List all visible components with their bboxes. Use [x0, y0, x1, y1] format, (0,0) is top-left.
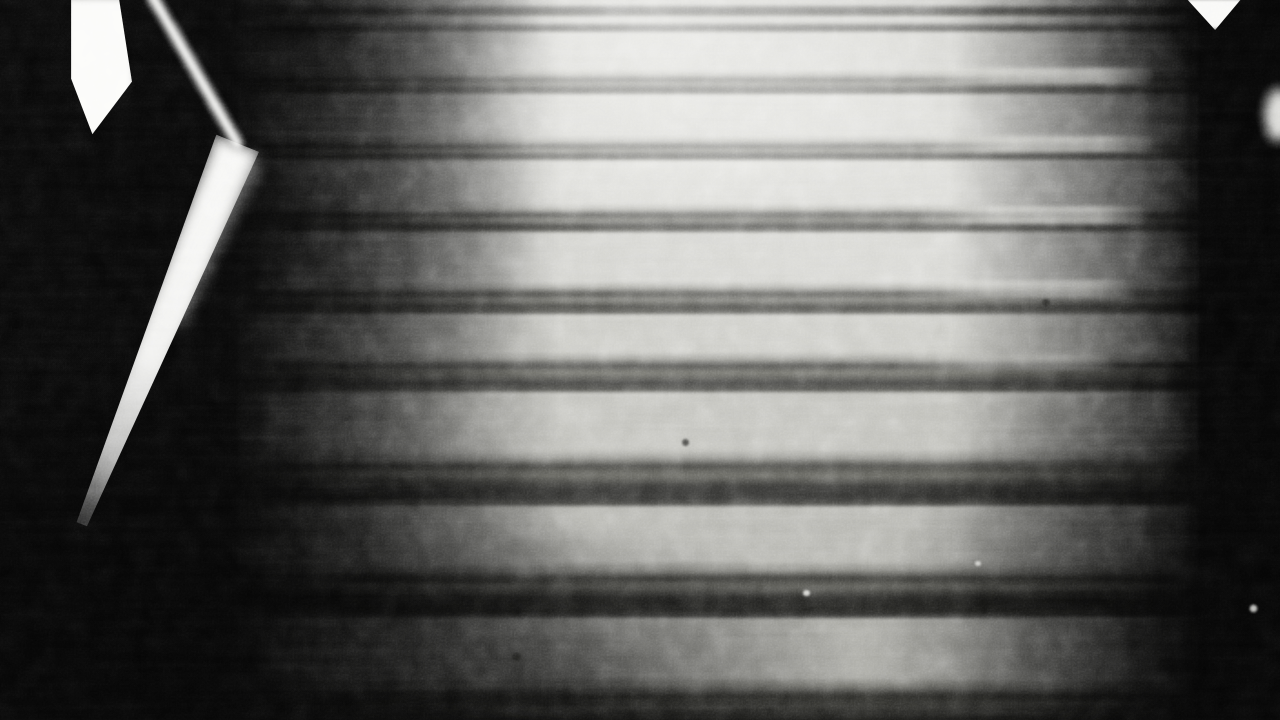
- bottom-edge-shade: [0, 0, 1280, 720]
- stair-step-9: [238, 506, 1198, 618]
- stair-top-white-notch: [1186, 0, 1242, 30]
- stair-step-7: [238, 314, 1198, 392]
- left-edge-shadow: [0, 0, 1280, 720]
- banister-highlight-main-band: [59, 135, 259, 542]
- stair-step-3: [238, 32, 1198, 94]
- film-grain-fine-overlay: [0, 0, 1280, 720]
- white-speck-2: [975, 561, 981, 566]
- tread-nosing-highlight-1: [910, 68, 1155, 84]
- white-speck-3: [1250, 605, 1257, 612]
- stair-step-2: [238, 16, 1198, 32]
- white-speck-1: [803, 590, 810, 596]
- bottom-center-smudge: [0, 0, 1280, 720]
- upper-right-glow: [0, 0, 1280, 720]
- grain-horizontal-streak-rect: [0, 0, 1280, 720]
- tread-nosing-highlight-3: [915, 206, 1150, 224]
- dark-speck-1: [512, 653, 521, 661]
- right-edge-highlight-sliver: [1266, 90, 1280, 140]
- photo-frame: [0, 0, 1280, 720]
- stair-step-8: [238, 392, 1198, 506]
- stair-step-6: [238, 232, 1198, 314]
- stair-step-10: [238, 618, 1198, 720]
- staircase-layer: [238, 0, 1198, 720]
- upper-left-stair-shade: [0, 0, 1280, 720]
- left-shadow-bulge: [0, 0, 1280, 720]
- grain-mottle-rect: [0, 0, 1280, 720]
- grain-fine-rect: [0, 0, 1280, 720]
- bottom-right-shadow: [0, 0, 1280, 720]
- stair-step-5: [238, 160, 1198, 232]
- film-grain-mottle-overlay: [0, 0, 1280, 720]
- stair-step-4: [238, 94, 1198, 160]
- banister-highlight-faint-band: [164, 156, 255, 324]
- bottom-left-shadow: [0, 0, 1280, 720]
- light-layer: [0, 0, 1280, 720]
- dark-speck-2: [682, 439, 689, 446]
- stair-step-1: [238, 0, 1198, 16]
- shadow-layer: [0, 0, 1280, 720]
- dark-speck-3: [1042, 299, 1050, 306]
- highlight-layer: [0, 0, 1280, 720]
- film-grain-horizontal-streak-overlay: [0, 0, 1280, 720]
- mid-center-glow: [0, 0, 1280, 720]
- right-edge-shadow: [0, 0, 1280, 720]
- banister-highlight-corner-wedge: [62, 0, 138, 140]
- top-right-corner-shadow: [0, 0, 1280, 720]
- tread-nosing-highlight-2: [915, 136, 1155, 152]
- banister-highlight-handrail-line: [146, 0, 245, 150]
- top-center-glow: [0, 0, 1280, 720]
- tread-nosing-highlight-5: [890, 354, 1120, 370]
- tread-nosing-highlight-4: [905, 280, 1140, 298]
